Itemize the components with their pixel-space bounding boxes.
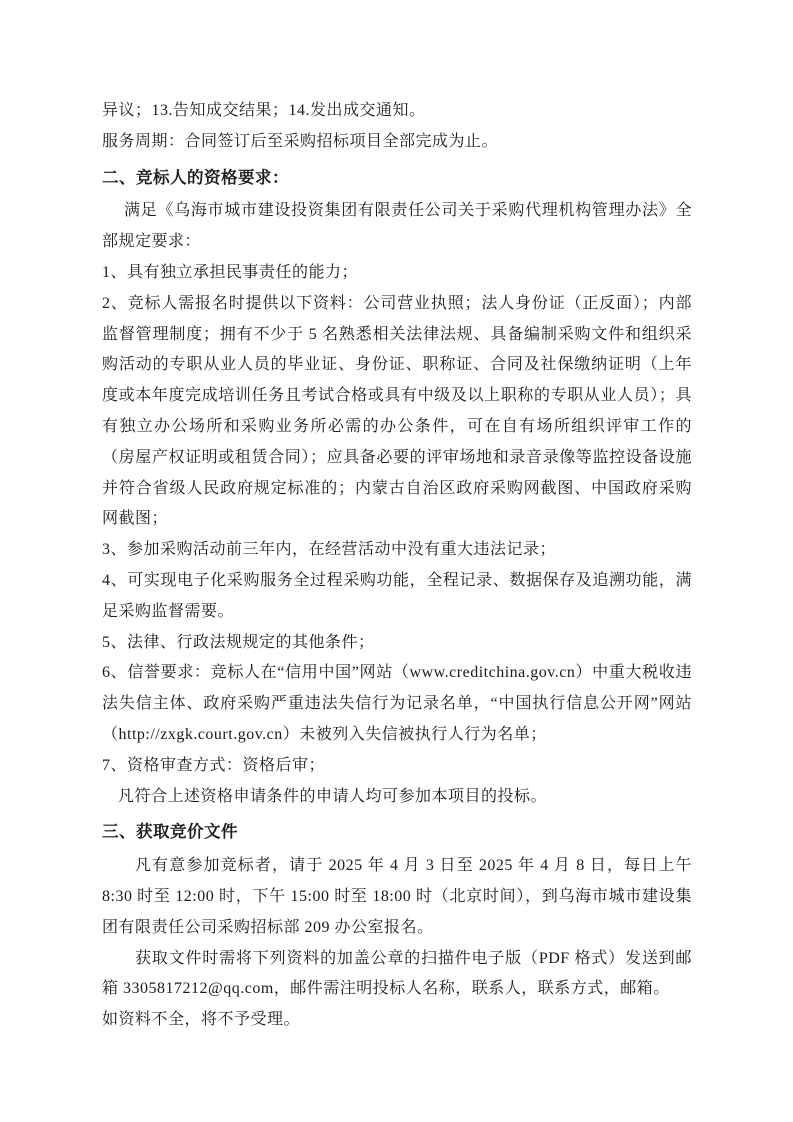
paragraph-email-submission: 获取文件时需将下列资料的加盖公章的扫描件电子版（PDF 格式）发送到邮箱 330… [102,944,692,1006]
section-heading-obtain-bidding-documents: 三、获取竞价文件 [102,817,692,848]
list-item-requirement-1: 1、具有独立承担民事责任的能力； [102,258,692,289]
list-item-requirement-5: 5、法律、行政法规规定的其他条件； [102,628,692,659]
paragraph-incomplete-materials-note: 如资料不全，将不予受理。 [102,1005,692,1036]
paragraph-notice-steps-continuation: 异议；13.告知成交结果；14.发出成交通知。 [102,96,692,127]
list-item-requirement-4: 4、可实现电子化采购服务全过程采购功能，全程记录、数据保存及追溯功能，满足采购监… [102,566,692,628]
paragraph-eligibility-note: 凡符合上述资格申请条件的申请人均可参加本项目的投标。 [102,782,692,813]
list-item-requirement-2: 2、竞标人需报名时提供以下资料：公司营业执照；法人身份证（正反面）；内部监督管理… [102,289,692,535]
section-heading-bidder-qualifications: 二、竞标人的资格要求： [102,163,692,194]
list-item-requirement-3: 3、参加采购活动前三年内，在经营活动中没有重大违法记录； [102,535,692,566]
list-item-requirement-6: 6、信誉要求：竞标人在“信用中国”网站（www.creditchina.gov.… [102,658,692,750]
paragraph-registration-time-location: 凡有意参加竞标者，请于 2025 年 4 月 3 日至 2025 年 4 月 8… [102,851,692,943]
paragraph-service-period: 服务周期：合同签订后至采购招标项目全部完成为止。 [102,127,692,158]
paragraph-qualification-intro: 满足《乌海市城市建设投资集团有限责任公司关于采购代理机构管理办法》全部规定要求： [102,196,692,258]
document-page: 异议；13.告知成交结果；14.发出成交通知。 服务周期：合同签订后至采购招标项… [0,0,793,1122]
list-item-requirement-7: 7、资格审查方式：资格后审； [102,751,692,782]
